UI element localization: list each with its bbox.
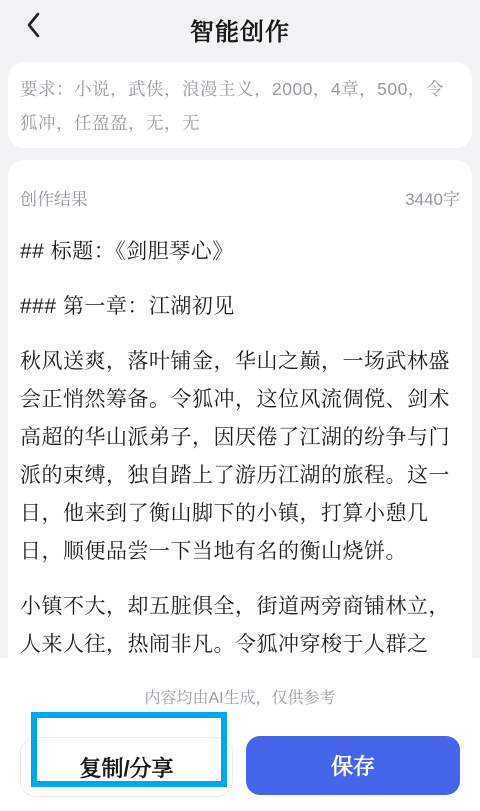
- copy-share-button[interactable]: 复制/分享: [20, 737, 233, 797]
- result-header: 创作结果 3440字: [8, 160, 472, 210]
- smart-creation-screen: 智能创作 要求：小说，武侠，浪漫主义，2000，4章，500，令狐冲，任盈盈，无…: [0, 0, 480, 811]
- markdown-chapter-line: ### 第一章：江湖初见: [20, 288, 460, 326]
- save-button[interactable]: 保存: [246, 736, 460, 795]
- markdown-title-line: ## 标题：《剑胆琴心》: [20, 233, 460, 271]
- ai-disclaimer: 内容均由AI生成，仅供参考: [0, 685, 480, 708]
- story-paragraph: 秋风送爽，落叶铺金，华山之巅，一场武林盛会正悄然筹备。令狐冲，这位风流倜傥、剑术…: [20, 343, 460, 571]
- requirements-card: 要求：小说，武侠，浪漫主义，2000，4章，500，令狐冲，任盈盈，无，无: [8, 62, 472, 148]
- word-count: 3440字: [405, 185, 460, 210]
- header: 智能创作: [0, 0, 480, 52]
- bottom-action-bar: 内容均由AI生成，仅供参考 复制/分享 保存: [0, 658, 480, 811]
- page-title: 智能创作: [0, 12, 480, 47]
- result-label: 创作结果: [20, 185, 88, 210]
- requirements-text: 要求：小说，武侠，浪漫主义，2000，4章，500，令狐冲，任盈盈，无，无: [20, 72, 460, 140]
